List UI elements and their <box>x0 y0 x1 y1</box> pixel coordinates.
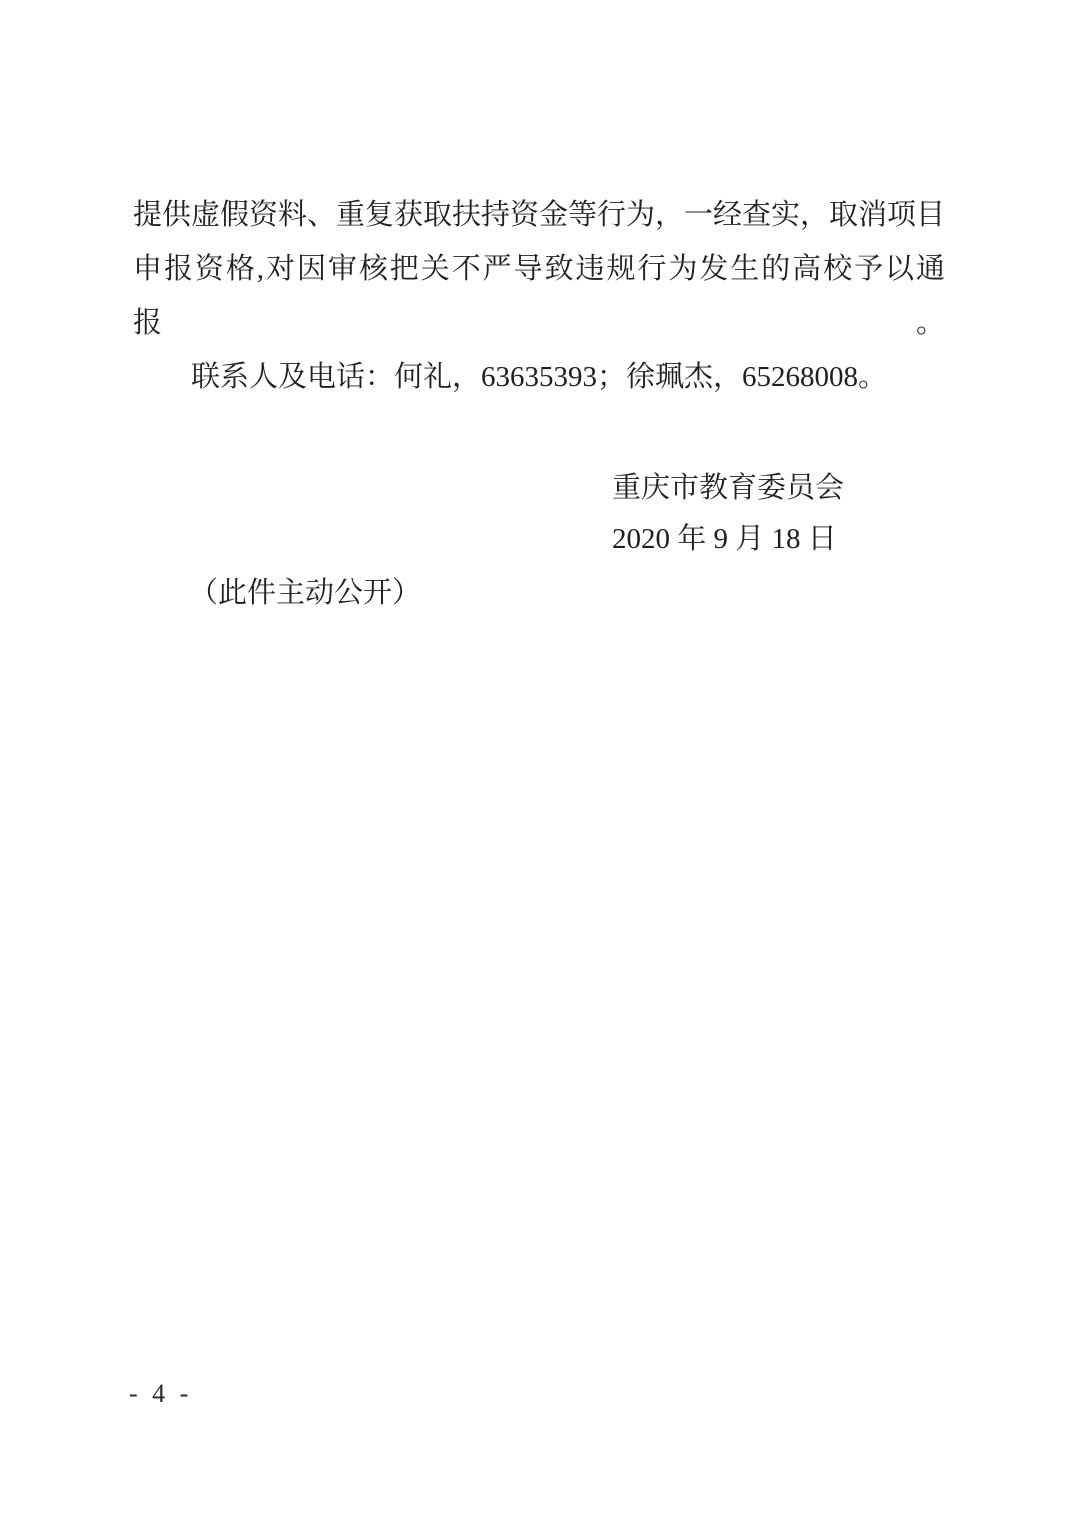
body-paragraph: 提供虚假资料、重复获取扶持资金等行为，一经查实，取消项目 申报资格,对因审核把关… <box>133 188 945 404</box>
contact-line: 联系人及电话：何礼，63635393；徐珮杰，65268008。 <box>133 350 945 404</box>
signature-date: 2020 年 9 月 18 日 <box>612 522 837 556</box>
page-number: - 4 - <box>129 1380 192 1408</box>
body-text-line-1: 提供虚假资料、重复获取扶持资金等行为，一经查实，取消项目 <box>133 188 945 242</box>
disclosure-note: （此件主动公开） <box>189 576 421 610</box>
body-text-line-2: 申报资格,对因审核把关不严导致违规行为发生的高校予以通报。 <box>133 242 945 350</box>
issuer-signature: 重庆市教育委员会 <box>612 471 844 505</box>
document-page: 提供虚假资料、重复获取扶持资金等行为，一经查实，取消项目 申报资格,对因审核把关… <box>0 0 1080 1527</box>
